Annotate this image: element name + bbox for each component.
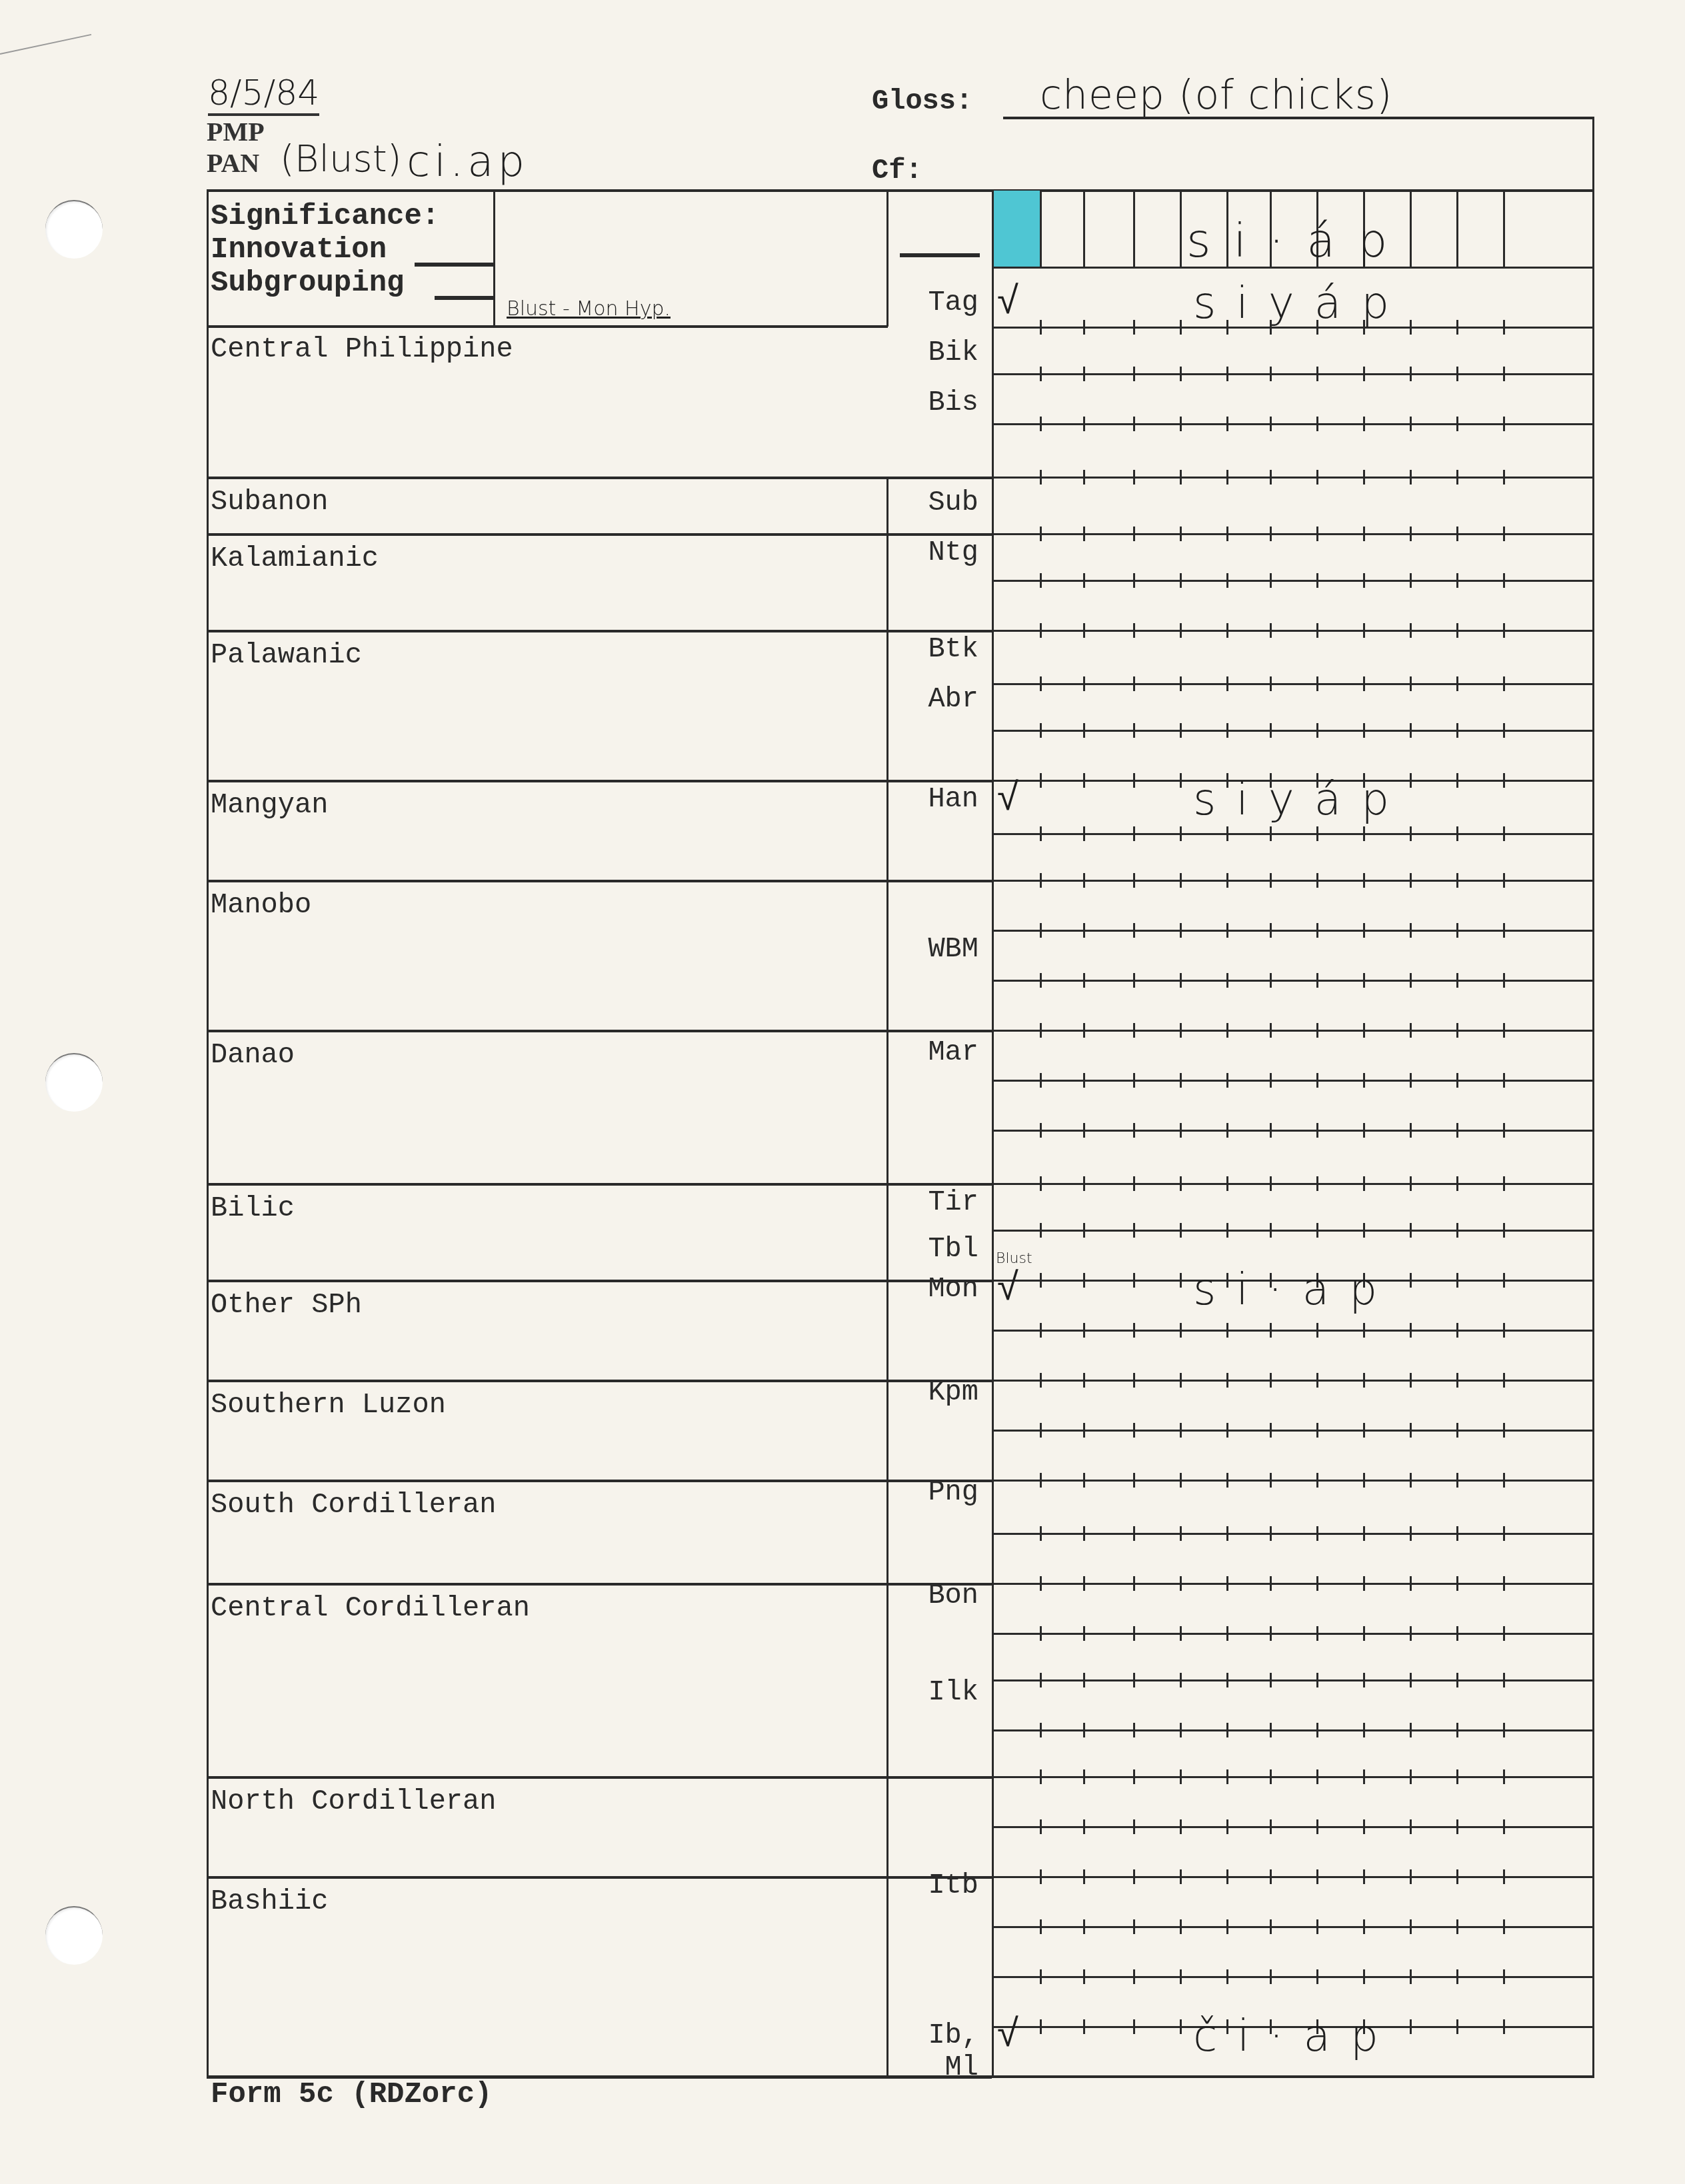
tick-mark [1270,367,1272,381]
tick-mark [1503,1073,1505,1088]
tick-mark [1410,2019,1412,2034]
tick-mark [1270,1023,1272,1038]
language-code: Ntg [898,537,978,568]
tick-mark [1083,826,1085,841]
tick-mark [1133,1273,1135,1288]
group-label: Manobo [211,889,311,921]
tick-mark [1316,417,1318,431]
tick-mark [1133,1473,1135,1488]
tick-mark [1180,1023,1182,1038]
tick-mark [1456,1919,1458,1934]
tick-mark [1316,470,1318,485]
tick-mark [1040,1373,1042,1388]
tick-mark [1410,723,1412,738]
tick-mark [1040,417,1042,431]
tick-mark [1083,873,1085,888]
tick-mark [1270,1526,1272,1541]
tick-mark [1410,676,1412,691]
tick-mark [1363,623,1365,638]
significance-bottom [207,325,888,328]
tick-mark [1133,1423,1135,1438]
tick-mark [1410,923,1412,938]
cell-divider [1456,191,1458,267]
tick-mark [1503,1723,1505,1737]
tick-mark [1226,1626,1228,1641]
tick-mark [1363,417,1365,431]
tick-mark [1180,1373,1182,1388]
tick-mark [1503,1969,1505,1984]
tick-mark [1316,826,1318,841]
cell-divider [1133,191,1135,267]
tick-mark [1363,1769,1365,1784]
tick-mark [1270,1673,1272,1687]
tick-mark [1180,1323,1182,1338]
tick-mark [1270,1919,1272,1934]
tick-mark [1040,1969,1042,1984]
writing-area-left-border [992,189,994,2077]
code-column-divider [886,1030,888,1183]
tick-mark [1226,973,1228,988]
tick-mark [1316,1223,1318,1238]
language-code: Sub [898,487,978,519]
tick-mark [1270,1723,1272,1737]
writing-line[interactable] [992,267,1594,269]
tick-mark [1180,676,1182,691]
tick-mark [1316,1373,1318,1388]
tick-mark [1180,1073,1182,1088]
tick-mark [1083,573,1085,588]
tick-mark [1040,2019,1042,2034]
tick-mark [1040,1023,1042,1038]
tick-mark [1040,1723,1042,1737]
tick-mark [1456,1526,1458,1541]
tick-mark [1133,1023,1135,1038]
tick-mark [1040,1769,1042,1784]
tick-mark [1040,826,1042,841]
tick-mark [1180,773,1182,788]
tick-mark [1133,1176,1135,1191]
tick-mark [1133,470,1135,485]
tick-mark [1503,623,1505,638]
tick-mark [1180,826,1182,841]
tick-mark [1503,826,1505,841]
significance-note-right [886,189,888,327]
frame-right-border [1592,117,1594,2076]
tick-mark [1133,723,1135,738]
tick-mark [1133,1769,1135,1784]
tick-mark [1180,1176,1182,1191]
language-code: Ilk [898,1676,978,1708]
tick-mark [1270,1769,1272,1784]
tick-mark [1226,1073,1228,1088]
tick-mark [1410,417,1412,431]
code-column-divider [886,1583,888,1776]
tick-mark [1226,1919,1228,1934]
tick-mark [1363,1819,1365,1834]
tick-mark [1410,1626,1412,1641]
tick-mark [1456,826,1458,841]
tick-mark [1456,1819,1458,1834]
tick-mark [1316,1073,1318,1088]
tick-mark [1456,1969,1458,1984]
tick-mark [1503,367,1505,381]
tick-mark [1456,1769,1458,1784]
tick-mark [1410,1023,1412,1038]
tick-mark [1270,573,1272,588]
tick-mark [1503,1423,1505,1438]
tick-mark [1316,367,1318,381]
tick-mark [1180,623,1182,638]
language-code: Itb [898,1869,978,1901]
tick-mark [1270,1869,1272,1884]
tick-mark [1456,527,1458,541]
tick-mark [1270,1223,1272,1238]
group-divider [207,1380,992,1382]
tick-mark [1083,1223,1085,1238]
tick-mark [1083,1323,1085,1338]
tick-mark [1083,417,1085,431]
tick-mark [1410,1819,1412,1834]
tick-mark [1083,676,1085,691]
group-divider [207,1583,992,1586]
language-code: Bis [898,387,978,419]
tick-mark [1226,1023,1228,1038]
group-label: Palawanic [211,639,362,671]
tick-mark [1083,1673,1085,1687]
punch-hole-bottom [45,1906,103,1965]
tick-mark [1316,1919,1318,1934]
punch-hole-middle [45,1053,103,1112]
tick-mark [1410,1673,1412,1687]
tick-mark [1226,1673,1228,1687]
group-divider [207,1480,992,1482]
tick-mark [1040,623,1042,638]
tick-mark [1133,1526,1135,1541]
tick-mark [1316,1769,1318,1784]
tick-mark [1363,1373,1365,1388]
tick-mark [1083,1373,1085,1388]
tick-mark [1316,1576,1318,1591]
entry-form[interactable]: si·ap [1193,1264,1397,1315]
tick-mark [1503,320,1505,335]
tick-mark [1316,1673,1318,1687]
language-code: Abr [898,683,978,715]
tick-mark [1363,1869,1365,1884]
tick-mark [1316,923,1318,938]
tick-mark [1363,1526,1365,1541]
group-label: North Cordilleran [211,1785,496,1817]
group-divider [207,1030,992,1032]
tick-mark [1270,1969,1272,1984]
tick-mark [1133,773,1135,788]
tick-mark [1226,676,1228,691]
tick-mark [1040,1819,1042,1834]
tick-mark [1040,320,1042,335]
check-mark-icon: √ [997,277,1018,323]
tick-mark [1363,1919,1365,1934]
tick-mark [1226,1526,1228,1541]
tick-mark [1133,873,1135,888]
tick-mark [1040,1123,1042,1138]
gloss-value[interactable]: cheep (of chicks) [1040,72,1392,119]
entry-form[interactable]: či·ap [1193,2010,1398,2061]
tick-mark [1040,873,1042,888]
significance-divider [493,189,495,327]
tick-mark [1270,723,1272,738]
tick-mark [1363,1723,1365,1737]
tick-mark [1270,1819,1272,1834]
language-code: Tag [898,287,978,319]
tick-mark [1503,1869,1505,1884]
tick-mark [1503,1769,1505,1784]
tick-mark [1456,623,1458,638]
tick-mark [1180,417,1182,431]
tick-mark [1503,873,1505,888]
tick-mark [1316,1626,1318,1641]
tick-mark [1270,1423,1272,1438]
tick-mark [1226,723,1228,738]
tick-mark [1456,1023,1458,1038]
tick-mark [1133,417,1135,431]
tick-mark [1270,1123,1272,1138]
tick-mark [1456,973,1458,988]
tick-mark [1226,1473,1228,1488]
tick-mark [1180,923,1182,938]
tick-mark [1456,1673,1458,1687]
tick-mark [1270,470,1272,485]
tick-mark [1133,1373,1135,1388]
cell-divider [1083,191,1085,267]
tick-mark [1040,1323,1042,1338]
tick-mark [1083,1969,1085,1984]
tick-mark [1316,1526,1318,1541]
tick-mark [1040,1423,1042,1438]
group-label: Subanon [211,486,328,518]
tick-mark [1410,1919,1412,1934]
tick-mark [1226,1869,1228,1884]
tick-mark [1363,1073,1365,1088]
language-code: Png [898,1476,978,1508]
tick-mark [1133,573,1135,588]
tick-mark [1270,1373,1272,1388]
group-divider [207,1280,992,1282]
tick-mark [1083,773,1085,788]
tick-mark [1363,1223,1365,1238]
tick-mark [1456,1176,1458,1191]
tick-mark [1363,1673,1365,1687]
tick-mark [1226,527,1228,541]
tick-mark [1040,1526,1042,1541]
reconstruction: ci.ap [407,141,529,183]
highlighted-cell [993,191,1040,267]
tick-mark [1503,1373,1505,1388]
date-field: 8/5/84 [208,73,319,116]
tick-mark [1456,923,1458,938]
tick-mark [1456,1869,1458,1884]
tick-mark [1226,1723,1228,1737]
tick-mark [1180,527,1182,541]
tick-mark [1456,2019,1458,2034]
tick-mark [1316,623,1318,638]
innovation-blank[interactable] [415,263,493,267]
tick-mark [1456,1373,1458,1388]
tick-mark [1133,923,1135,938]
tick-mark [1133,826,1135,841]
tick-mark [1456,676,1458,691]
tick-mark [1133,1969,1135,1984]
tick-mark [1270,1473,1272,1488]
tick-mark [1040,1176,1042,1191]
tick-mark [1133,1323,1135,1338]
code-column-divider [886,1480,888,1583]
cf-label: Cf: [872,155,922,187]
tick-mark [1503,676,1505,691]
tick-mark [1133,2019,1135,2034]
entry-form[interactable]: siyáp [1193,774,1409,825]
tick-mark [1503,1673,1505,1687]
group-label: Danao [211,1039,295,1071]
frame-left-border [207,189,209,2077]
tick-mark [1180,1626,1182,1641]
group-label: Kalamianic [211,543,379,574]
tick-mark [1363,1023,1365,1038]
tick-mark [1226,826,1228,841]
code-column-divider [886,1380,888,1480]
language-code: Tir [898,1186,978,1218]
tick-mark [1083,320,1085,335]
tick-mark [1503,1123,1505,1138]
tick-mark [1503,470,1505,485]
tick-mark [1410,1176,1412,1191]
tick-mark [1133,527,1135,541]
language-code: Btk [898,633,978,665]
tick-mark [1083,1819,1085,1834]
tick-mark [1040,723,1042,738]
group-divider [207,1876,992,1879]
entry-note: Blust [996,1250,1032,1267]
tick-mark [1363,676,1365,691]
group-divider [207,880,992,882]
tick-mark [1083,2019,1085,2034]
tick-mark [1456,320,1458,335]
tick-mark [1503,1323,1505,1338]
tick-mark [1410,773,1412,788]
tick-mark [1133,623,1135,638]
tick-mark [1040,527,1042,541]
group-divider [207,1183,992,1186]
tick-mark [1503,1176,1505,1191]
subgrouping-blank[interactable] [435,296,493,300]
tick-mark [1083,527,1085,541]
tick-mark [1226,1969,1228,1984]
tick-mark [1180,1223,1182,1238]
tick-mark [1316,1869,1318,1884]
tick-mark [1363,1123,1365,1138]
tick-mark [1316,1176,1318,1191]
tick-mark [1503,1626,1505,1641]
tick-mark [1083,1273,1085,1288]
tick-mark [1040,973,1042,988]
tick-mark [1316,1023,1318,1038]
tick-mark [1456,1123,1458,1138]
tick-mark [1180,470,1182,485]
tick-mark [1456,1073,1458,1088]
tick-mark [1180,1869,1182,1884]
tick-mark [1180,2019,1182,2034]
tick-mark [1083,470,1085,485]
tick-mark [1226,1819,1228,1834]
tick-mark [1410,1373,1412,1388]
group-divider [207,1776,992,1779]
tick-mark [1040,573,1042,588]
tick-mark [1083,367,1085,381]
tick-mark [1180,1919,1182,1934]
tick-mark [1180,320,1182,335]
tick-mark [1083,623,1085,638]
tick-mark [1410,1473,1412,1488]
tick-mark [1410,1723,1412,1737]
language-code: Ib, Ml [898,2019,978,2083]
tick-mark [1363,1576,1365,1591]
tick-mark [1083,1423,1085,1438]
language-code: Bik [898,337,978,369]
tick-mark [1316,1723,1318,1737]
group-label: Bilic [211,1192,295,1224]
check-mark-icon: √ [997,2010,1018,2055]
tick-mark [1040,1073,1042,1088]
tick-mark [1270,417,1272,431]
tick-mark [1083,1723,1085,1737]
tick-mark [1180,1819,1182,1834]
tick-mark [1456,417,1458,431]
check-mark-icon: √ [997,1264,1018,1309]
tick-mark [1226,1423,1228,1438]
tick-mark [1083,1023,1085,1038]
tick-mark [1456,1576,1458,1591]
gloss-underline [1003,117,1594,119]
code-column-divider [886,533,888,630]
code-column-divider [886,780,888,880]
tick-mark [1180,1526,1182,1541]
cell-divider [1040,191,1042,267]
tick-mark [1040,923,1042,938]
tick-mark [1133,676,1135,691]
tick-mark [1180,973,1182,988]
tick-mark [1180,1576,1182,1591]
tick-mark [1133,1626,1135,1641]
tick-mark [1503,1576,1505,1591]
attribution: (Blust) [280,139,402,180]
group-label: Central Philippine [211,333,513,365]
tick-mark [1040,1869,1042,1884]
tick-mark [1133,1919,1135,1934]
proto-level-bottom: PAN [207,148,259,179]
tick-mark [1133,320,1135,335]
tick-mark [1503,527,1505,541]
tick-mark [1456,1723,1458,1737]
punch-hole-top [45,200,103,259]
entry-form[interactable]: siyáp [1193,277,1409,329]
group-divider [207,780,992,782]
tick-mark [1133,367,1135,381]
tick-mark [1133,1576,1135,1591]
language-code: Mar [898,1036,978,1068]
tick-mark [1270,1073,1272,1088]
tick-mark [1503,1919,1505,1934]
tick-mark [1456,723,1458,738]
tick-mark [1180,1473,1182,1488]
tick-mark [1040,1576,1042,1591]
